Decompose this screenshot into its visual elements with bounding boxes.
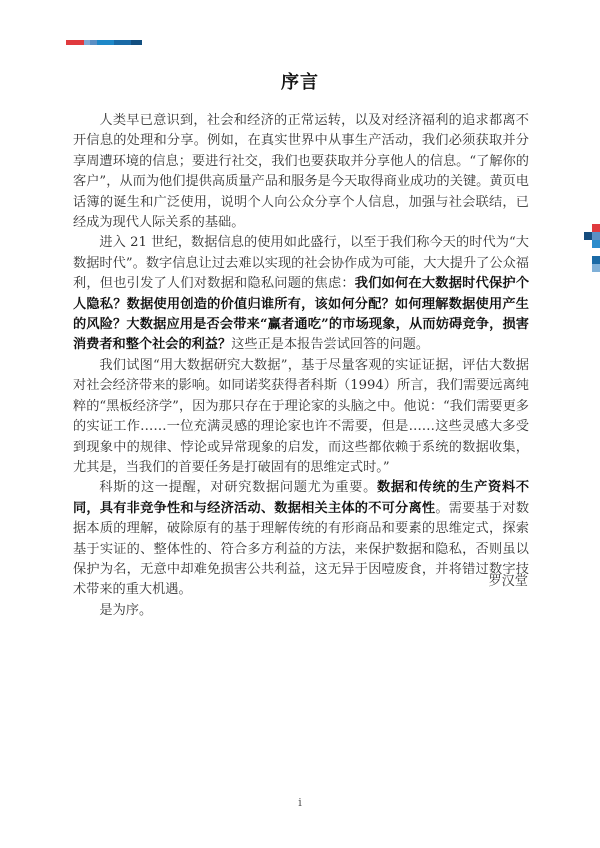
color-segment <box>66 40 84 45</box>
color-block <box>592 224 600 232</box>
color-segment <box>90 40 97 45</box>
paragraph-2: 进入 21 世纪，数据信息的使用如此盛行，以至于我们称今天的时代为“大数据时代”… <box>73 233 529 355</box>
color-segment <box>114 40 131 45</box>
color-block <box>584 232 592 240</box>
signature: 罗汉堂 <box>488 570 528 589</box>
paragraph-text: 是为序。 <box>99 603 152 618</box>
color-block <box>592 256 600 264</box>
side-color-blocks <box>578 224 600 274</box>
color-block <box>592 240 600 248</box>
paragraph-5: 是为序。 <box>73 601 529 621</box>
preface-body: 人类早已意识到，社会和经济的正常运转，以及对经济福利的追求都离不开信息的处理和分… <box>73 111 529 621</box>
paragraph-4: 科斯的这一提醒，对研究数据问题尤为重要。数据和传统的生产资料不同，具有非竞争性和… <box>73 478 529 600</box>
header-color-bar <box>66 40 142 45</box>
paragraph-3: 我们试图“用大数据研究大数据”，基于尽量客观的实证证据，评估大数据对社会经济带来… <box>73 356 529 478</box>
paragraph-text: 人类早已意识到，社会和经济的正常运转，以及对经济福利的追求都离不开信息的处理和分… <box>73 113 529 230</box>
paragraph-text: 这些正是本报告尝试回答的问题。 <box>231 337 429 352</box>
page-title: 序言 <box>0 68 600 94</box>
page-number: i <box>0 796 600 809</box>
color-segment <box>131 40 142 45</box>
color-block <box>592 232 600 240</box>
paragraph-1: 人类早已意识到，社会和经济的正常运转，以及对经济福利的追求都离不开信息的处理和分… <box>73 111 529 233</box>
paragraph-text: 我们试图“用大数据研究大数据”，基于尽量客观的实证证据，评估大数据对社会经济带来… <box>73 358 529 475</box>
color-block <box>592 264 600 272</box>
paragraph-text: 科斯的这一提醒，对研究数据问题尤为重要。 <box>99 480 377 495</box>
color-segment <box>97 40 114 45</box>
